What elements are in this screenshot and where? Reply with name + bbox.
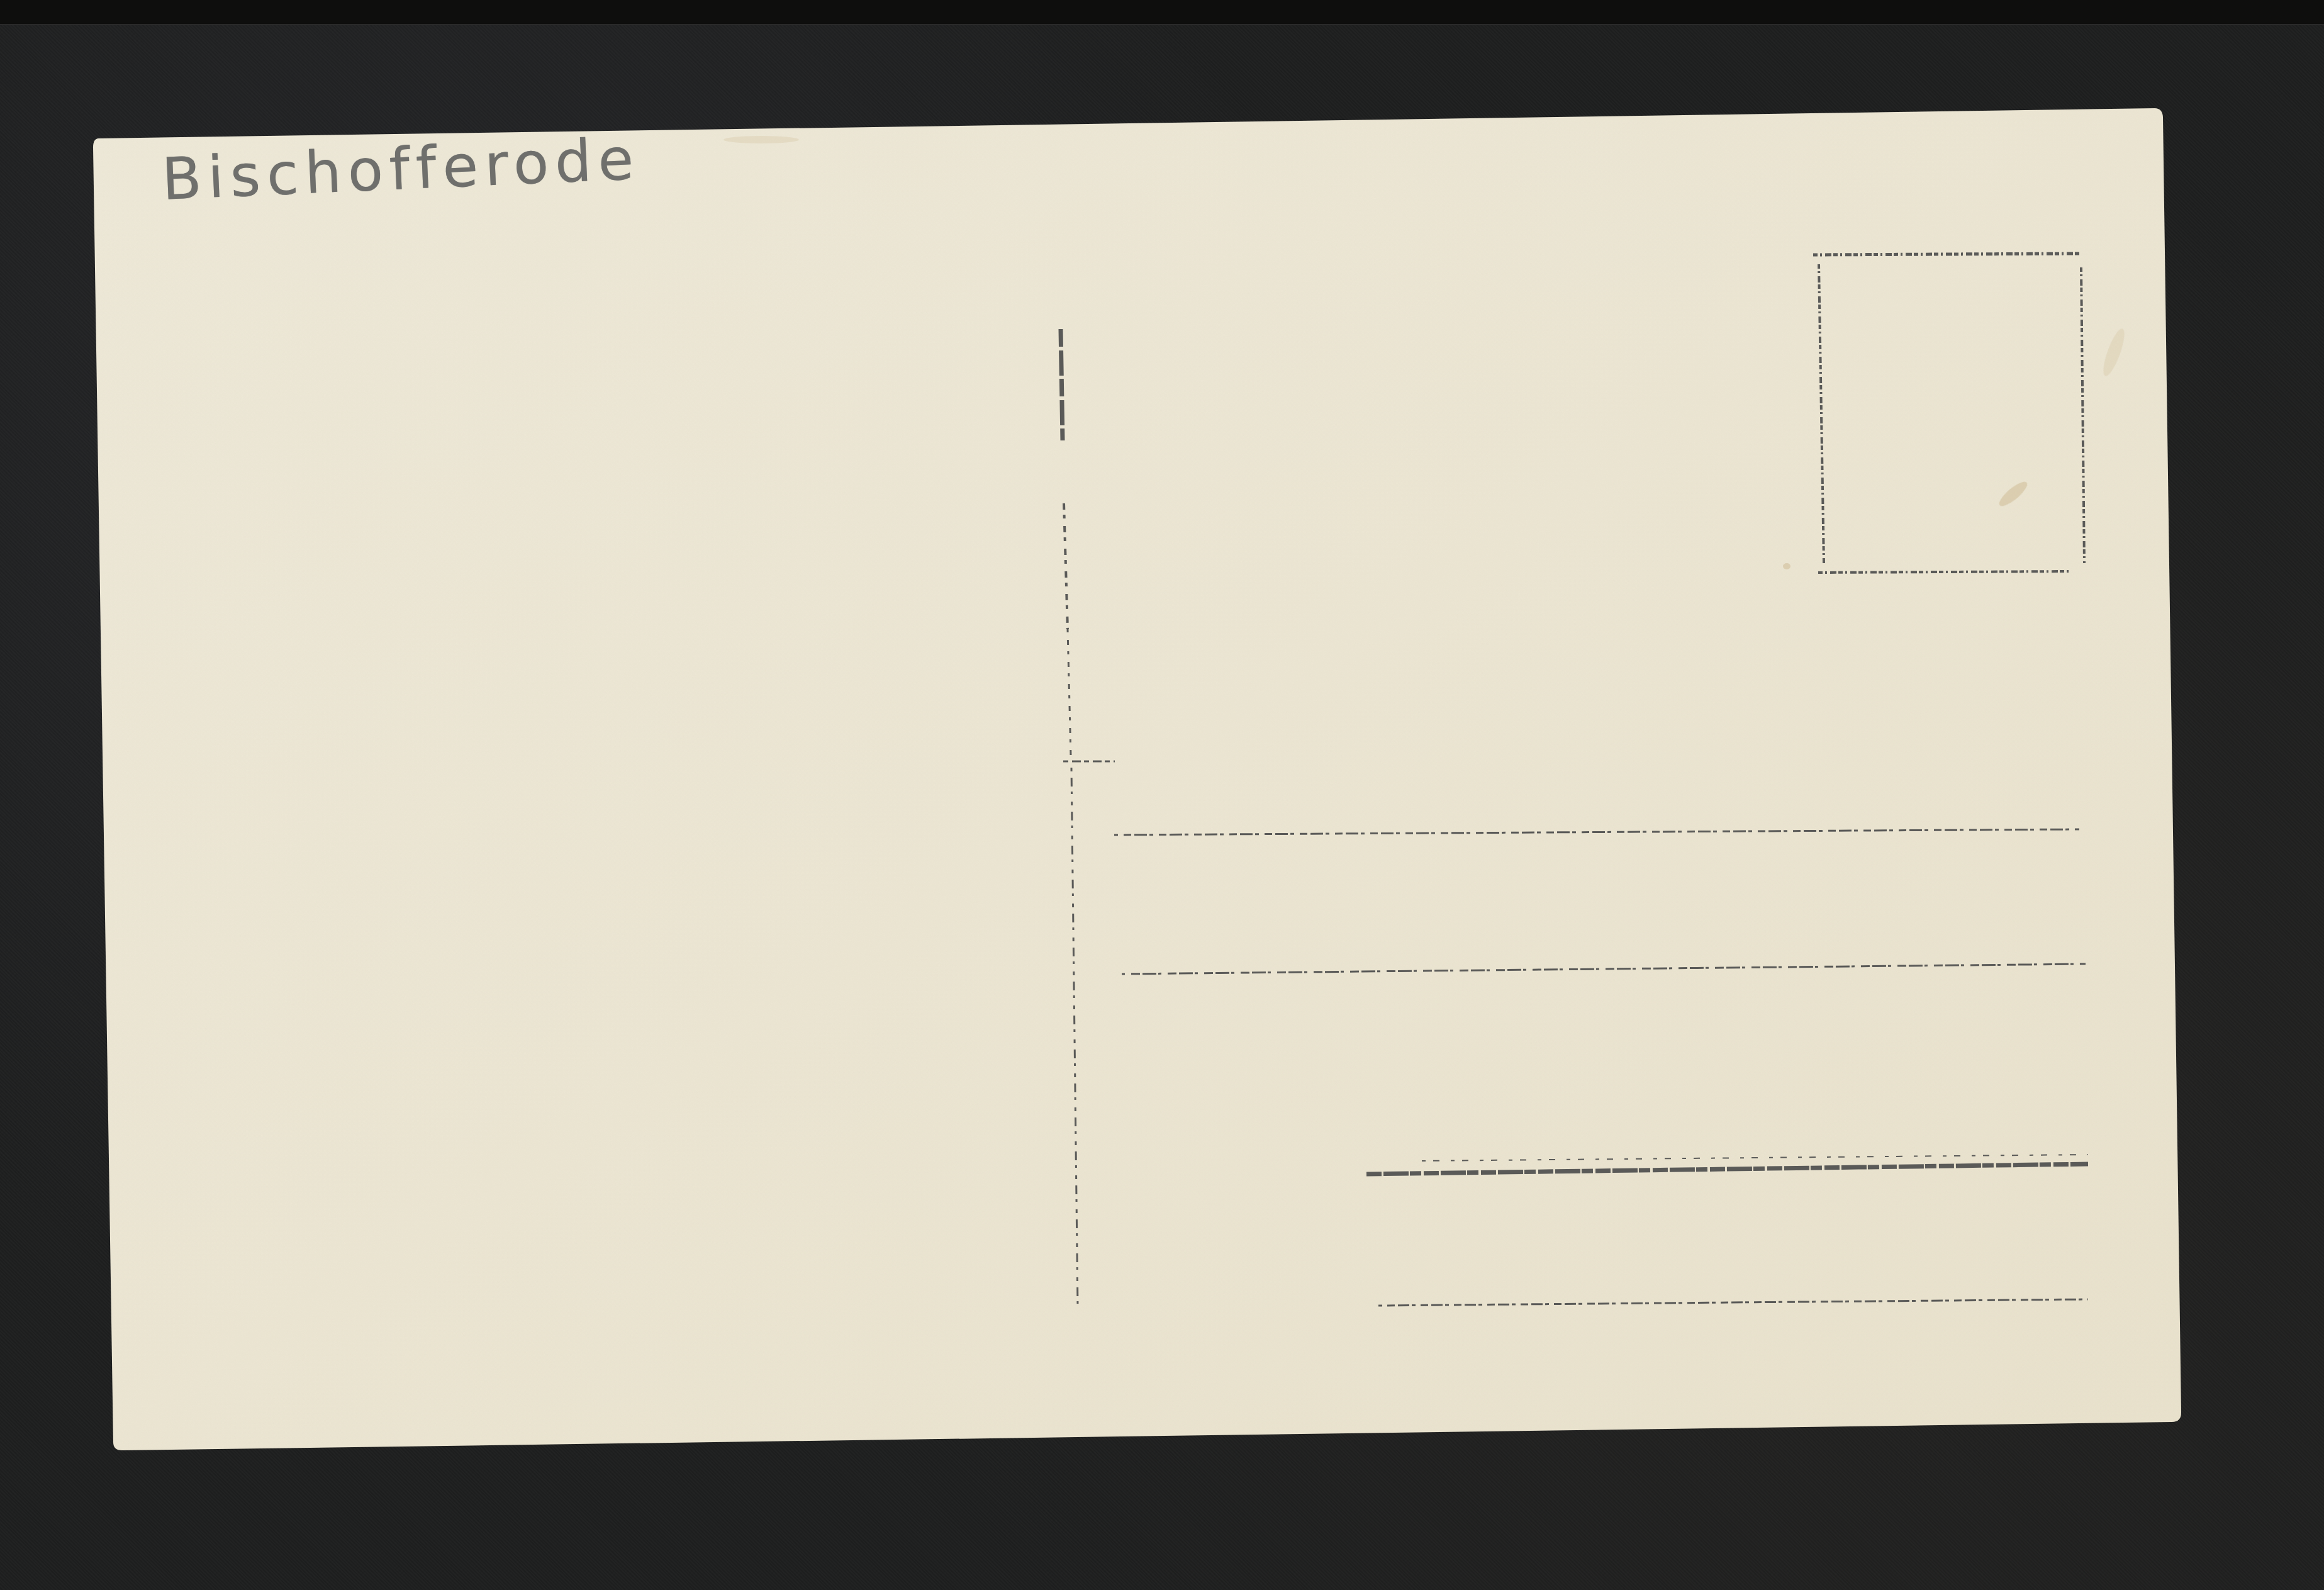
postcard xyxy=(0,0,2324,1590)
